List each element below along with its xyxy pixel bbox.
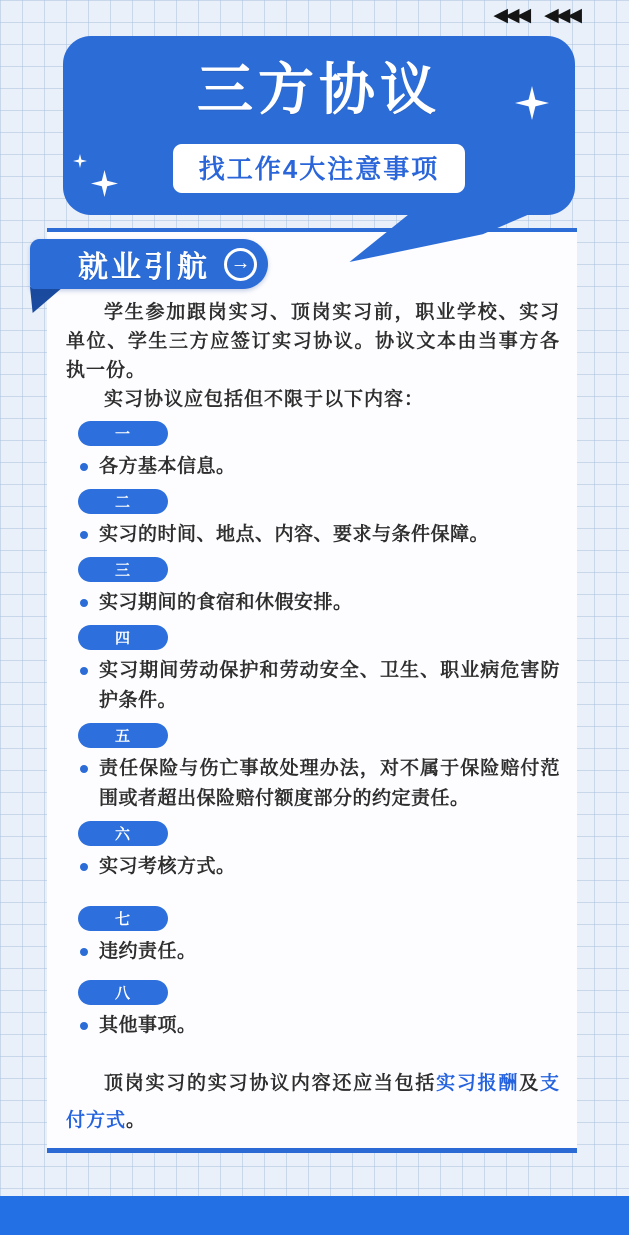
bullet-dot-icon bbox=[80, 599, 88, 607]
rewind-arrows-decoration: ◀◀◀ ◀◀◀ bbox=[493, 4, 579, 27]
item-text: 实习期间劳动保护和劳动安全、卫生、职业病危害防护条件。 bbox=[99, 660, 560, 711]
bullet-dot-icon bbox=[80, 531, 88, 539]
item-text: 违约责任。 bbox=[99, 941, 197, 962]
item-text: 责任保险与伤亡事故处理办法，对不属于保险赔付范围或者超出保险赔付额度部分的约定责… bbox=[99, 758, 560, 809]
header-speech-bubble: 三方协议 找工作4大注意事项 bbox=[63, 36, 575, 215]
content-card: 学生参加跟岗实习、顶岗实习前，职业学校、实习单位、学生三方应签订实习协议。协议文… bbox=[47, 228, 577, 1153]
bullet-dot-icon bbox=[80, 463, 88, 471]
item-number-pill: 三 bbox=[78, 557, 168, 582]
item-text: 其他事项。 bbox=[99, 1015, 197, 1036]
arrow-right-circle-icon: → bbox=[224, 248, 257, 281]
item-text: 实习考核方式。 bbox=[99, 856, 236, 877]
item-text: 各方基本信息。 bbox=[99, 456, 236, 477]
bullet-dot-icon bbox=[80, 1022, 88, 1030]
note-text: 及 bbox=[519, 1073, 540, 1094]
note-text: 顶岗实习的实习协议内容还应当包括 bbox=[104, 1073, 436, 1094]
item-number-pill: 五 bbox=[78, 723, 168, 748]
item-text: 实习期间的食宿和休假安排。 bbox=[99, 592, 353, 613]
rewind-arrows-icon: ◀◀◀ bbox=[493, 4, 528, 27]
list-item: 五 责任保险与伤亡事故处理办法，对不属于保险赔付范围或者超出保险赔付额度部分的约… bbox=[66, 723, 560, 814]
arrow-right-icon: → bbox=[231, 253, 251, 273]
list-item: 六 实习考核方式。 bbox=[66, 821, 560, 882]
sparkle-star-icon bbox=[91, 170, 118, 197]
rewind-arrows-icon: ◀◀◀ bbox=[544, 4, 579, 27]
note-text: 。 bbox=[126, 1110, 146, 1131]
item-number-pill: 七 bbox=[78, 906, 168, 931]
list-item: 一 各方基本信息。 bbox=[66, 421, 560, 482]
bullet-dot-icon bbox=[80, 948, 88, 956]
item-text: 实习的时间、地点、内容、要求与条件保障。 bbox=[99, 524, 489, 545]
item-number-pill: 二 bbox=[78, 489, 168, 514]
closing-note: 顶岗实习的实习协议内容还应当包括实习报酬及支付方式。 bbox=[66, 1065, 560, 1139]
item-number-pill: 一 bbox=[78, 421, 168, 446]
bullet-dot-icon bbox=[80, 667, 88, 675]
item-number-pill: 八 bbox=[78, 980, 168, 1005]
intro-paragraph: 学生参加跟岗实习、顶岗实习前，职业学校、实习单位、学生三方应签订实习协议。协议文… bbox=[66, 298, 560, 385]
list-item: 七 违约责任。 bbox=[66, 906, 560, 967]
list-item: 三 实习期间的食宿和休假安排。 bbox=[66, 557, 560, 618]
sparkle-star-icon bbox=[515, 86, 549, 120]
note-highlight: 实习报酬 bbox=[436, 1073, 519, 1094]
page-title: 三方协议 bbox=[197, 62, 441, 118]
list-item: 二 实习的时间、地点、内容、要求与条件保障。 bbox=[66, 489, 560, 550]
section-badge-label: 就业引航 bbox=[78, 242, 210, 286]
item-number-pill: 六 bbox=[78, 821, 168, 846]
sparkle-star-icon bbox=[73, 154, 87, 168]
bullet-dot-icon bbox=[80, 863, 88, 871]
footer-bar bbox=[0, 1196, 629, 1235]
bullet-dot-icon bbox=[80, 765, 88, 773]
intro-lead-line: 实习协议应包括但不限于以下内容： bbox=[66, 385, 560, 414]
item-number-pill: 四 bbox=[78, 625, 168, 650]
list-item: 八 其他事项。 bbox=[66, 980, 560, 1041]
page-subtitle-pill: 找工作4大注意事项 bbox=[173, 144, 465, 193]
section-badge: 就业引航 → bbox=[30, 239, 268, 289]
list-item: 四 实习期间劳动保护和劳动安全、卫生、职业病危害防护条件。 bbox=[66, 625, 560, 716]
